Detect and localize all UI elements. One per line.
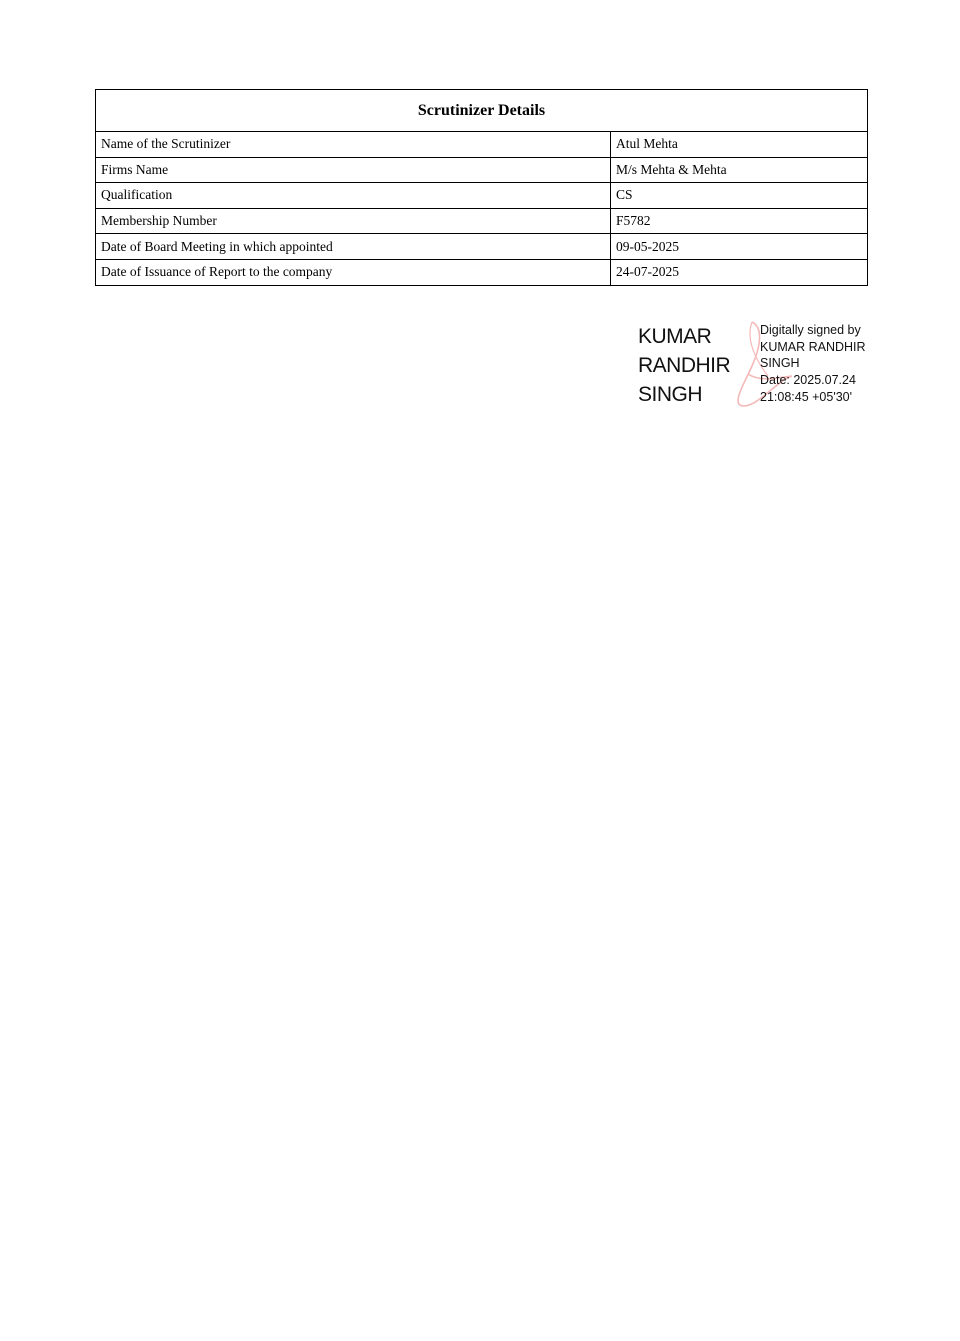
signer-name-line: KUMAR — [638, 322, 730, 351]
row-label: Qualification — [96, 183, 611, 209]
row-value: Atul Mehta — [611, 132, 868, 158]
row-label: Date of Issuance of Report to the compan… — [96, 259, 611, 285]
table-title: Scrutinizer Details — [96, 90, 868, 132]
signature-info-line: Digitally signed by — [760, 322, 866, 339]
signer-name-line: RANDHIR — [638, 351, 730, 380]
signature-info-line: SINGH — [760, 355, 866, 372]
row-label: Date of Board Meeting in which appointed — [96, 234, 611, 260]
row-label: Firms Name — [96, 157, 611, 183]
table-row: Name of the Scrutinizer Atul Mehta — [96, 132, 868, 158]
row-label: Name of the Scrutinizer — [96, 132, 611, 158]
scrutinizer-details-table: Scrutinizer Details Name of the Scrutini… — [95, 89, 868, 286]
row-value: M/s Mehta & Mehta — [611, 157, 868, 183]
row-label: Membership Number — [96, 208, 611, 234]
table-row: Date of Board Meeting in which appointed… — [96, 234, 868, 260]
signature-info: Digitally signed by KUMAR RANDHIR SINGH … — [760, 322, 866, 406]
row-value: 24-07-2025 — [611, 259, 868, 285]
signature-time: 21:08:45 +05'30' — [760, 389, 866, 406]
signature-date: Date: 2025.07.24 — [760, 372, 866, 389]
row-value: 09-05-2025 — [611, 234, 868, 260]
signer-name: KUMAR RANDHIR SINGH — [638, 322, 730, 409]
signer-name-line: SINGH — [638, 380, 730, 409]
row-value: CS — [611, 183, 868, 209]
table-row: Date of Issuance of Report to the compan… — [96, 259, 868, 285]
signature-info-line: KUMAR RANDHIR — [760, 339, 866, 356]
table-row: Membership Number F5782 — [96, 208, 868, 234]
table-row: Qualification CS — [96, 183, 868, 209]
digital-signature[interactable]: KUMAR RANDHIR SINGH Digitally signed by … — [638, 318, 878, 413]
row-value: F5782 — [611, 208, 868, 234]
table-row: Firms Name M/s Mehta & Mehta — [96, 157, 868, 183]
